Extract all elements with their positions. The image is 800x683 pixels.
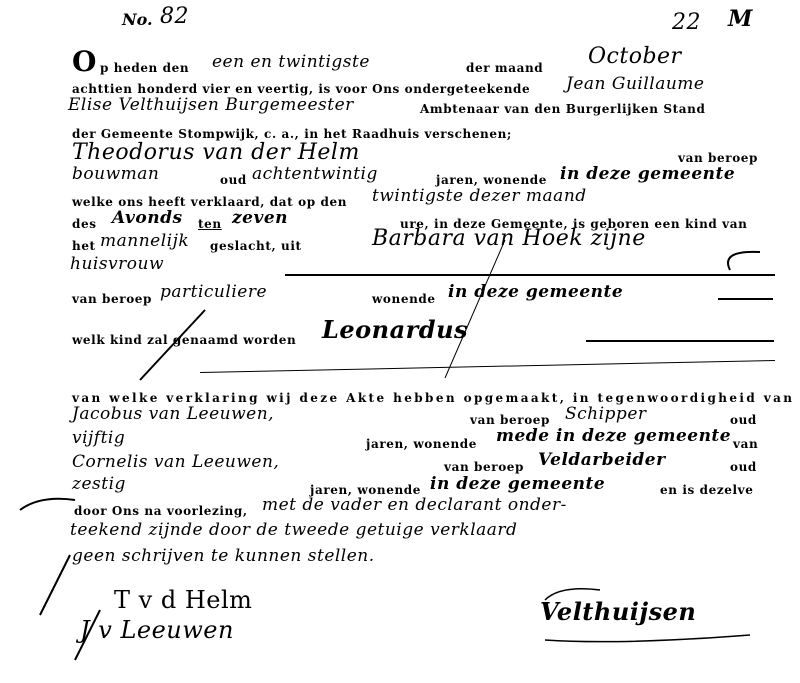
handwriting-flourishes xyxy=(0,0,800,683)
birth-certificate-page: No. 82 22 M O p heden den een en twintig… xyxy=(0,0,800,683)
